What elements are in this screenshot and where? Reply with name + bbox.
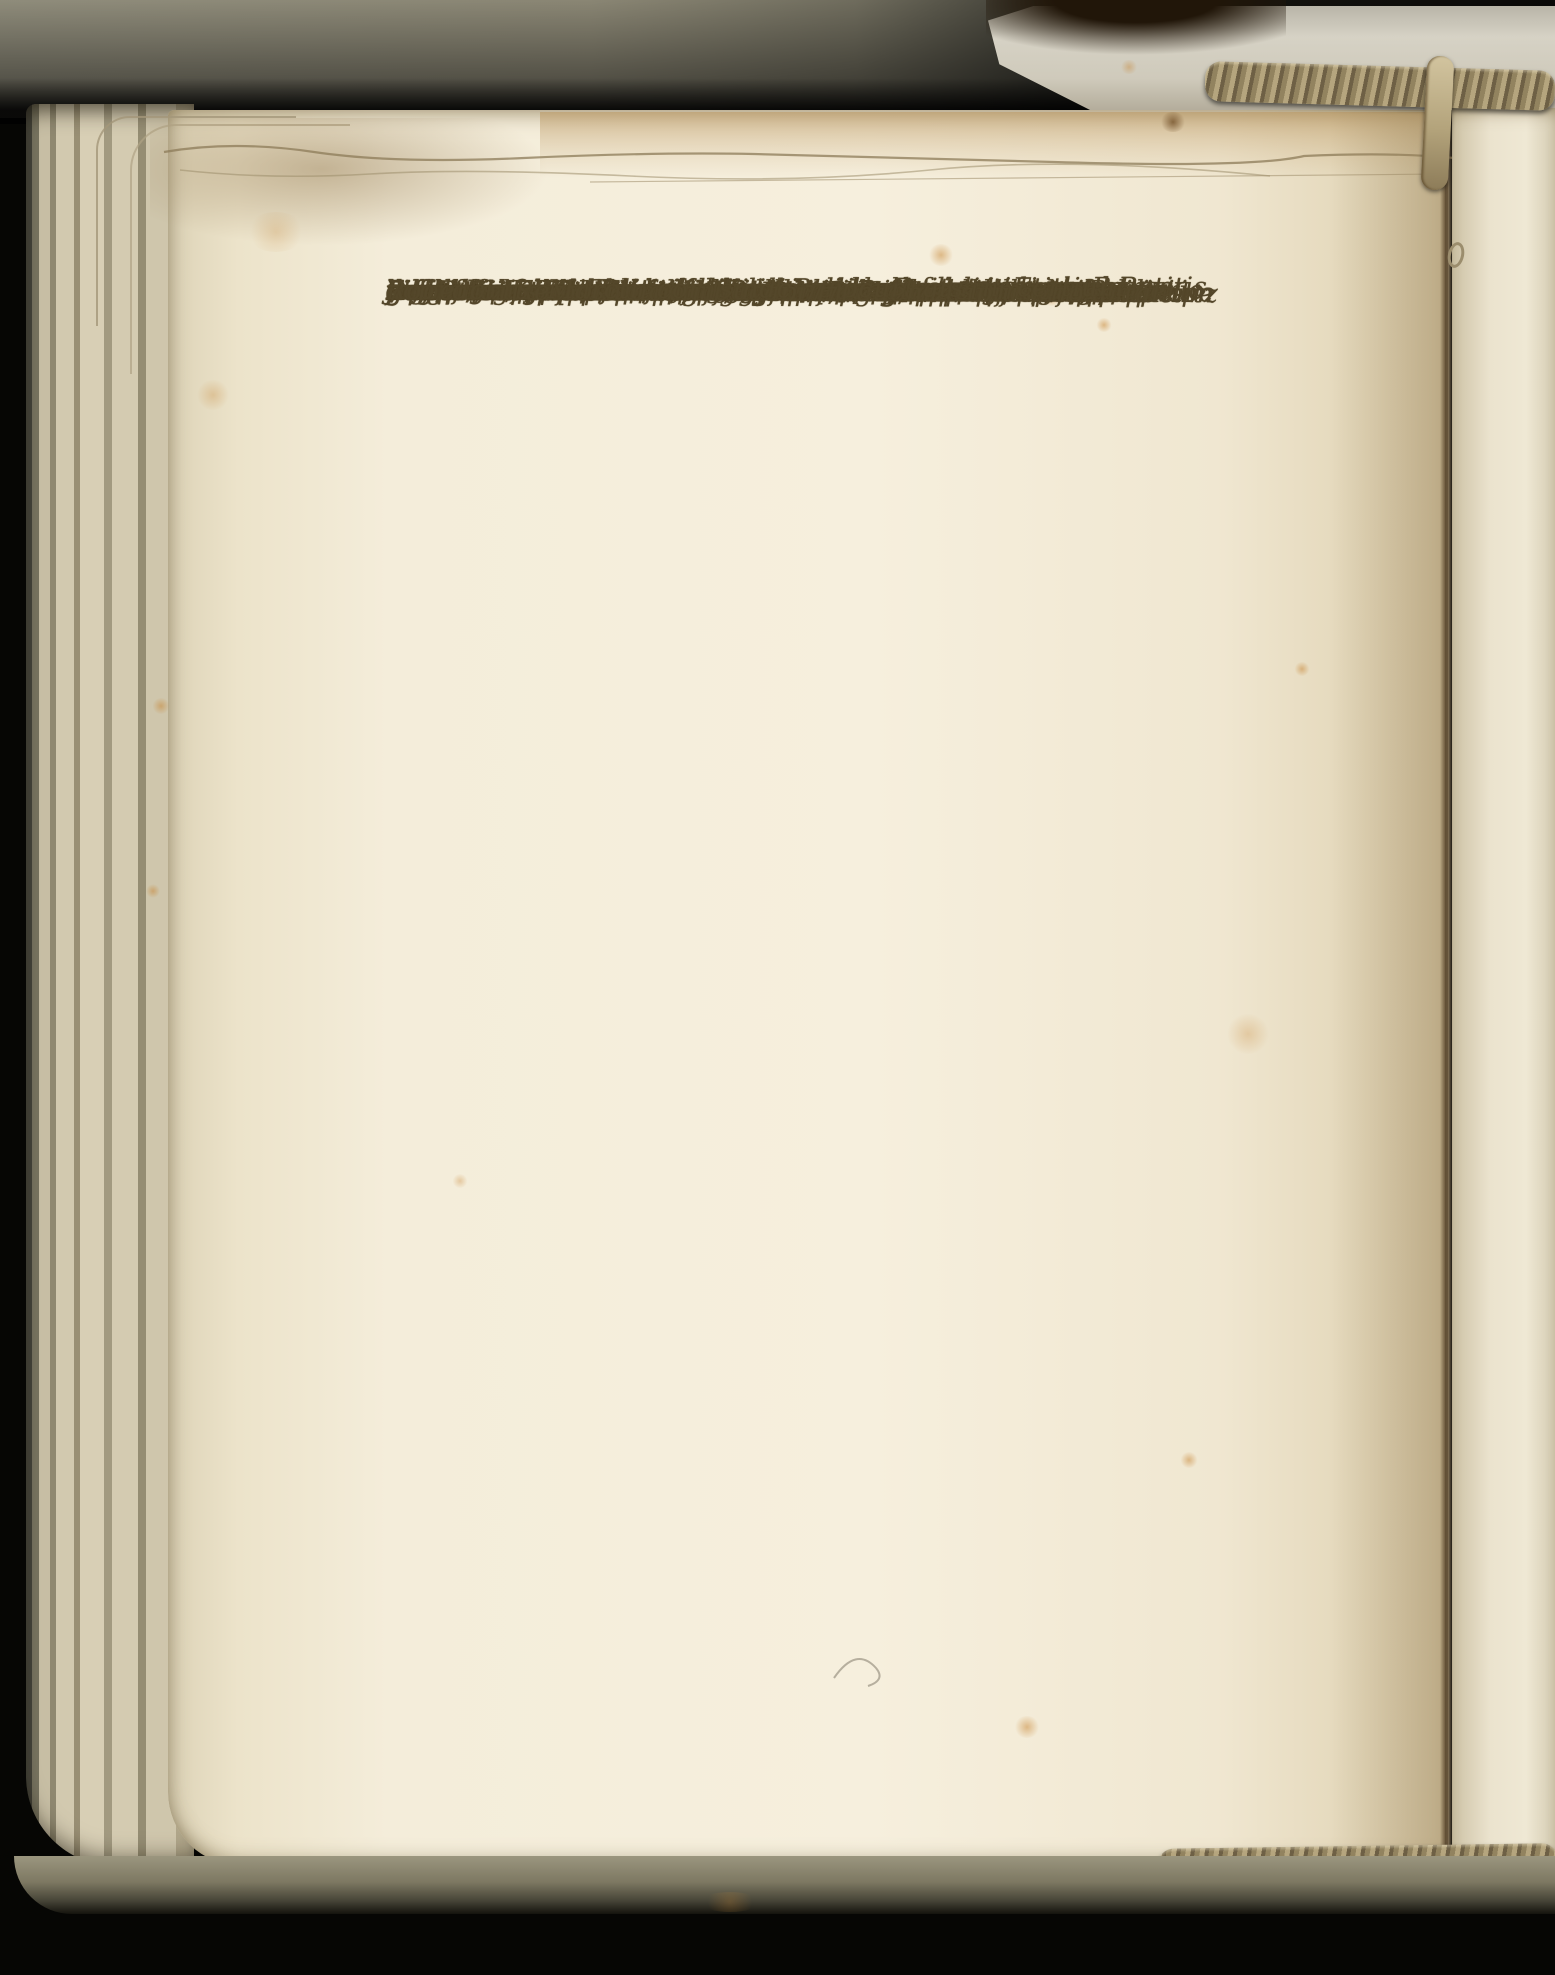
marginal-squiggle [826,1636,896,1700]
foxing-stain [1014,1716,1040,1738]
gutter-shadow [1330,112,1448,1864]
manuscript-text-line: ⁊ p dci ß Marcti cor sindc ⁊ pcur qts n … [386,269,1124,312]
binding-fringe [986,0,1286,64]
foxing-stain [1294,662,1310,676]
foxing-stain [196,380,230,410]
foxing-stain [1120,60,1138,74]
foxing-stain [246,212,306,252]
text-block: dcm dnum Robertum magrm ⁊ Rectore hospit… [386,272,1196,1612]
foxing-stain [700,1892,760,1912]
foxing-stain [146,884,160,898]
crease-lines [150,108,1460,218]
foxing-stain [928,244,954,266]
facing-page-edge [1452,108,1555,1866]
foxing-stain [1226,1014,1270,1054]
gutter-line [1445,118,1448,1858]
scanned-codex-photo: dcm dnum Robertum magrm ⁊ Rectore hospit… [0,0,1555,1975]
bottom-board-edge [14,1856,1555,1914]
foxing-stain [152,698,170,714]
